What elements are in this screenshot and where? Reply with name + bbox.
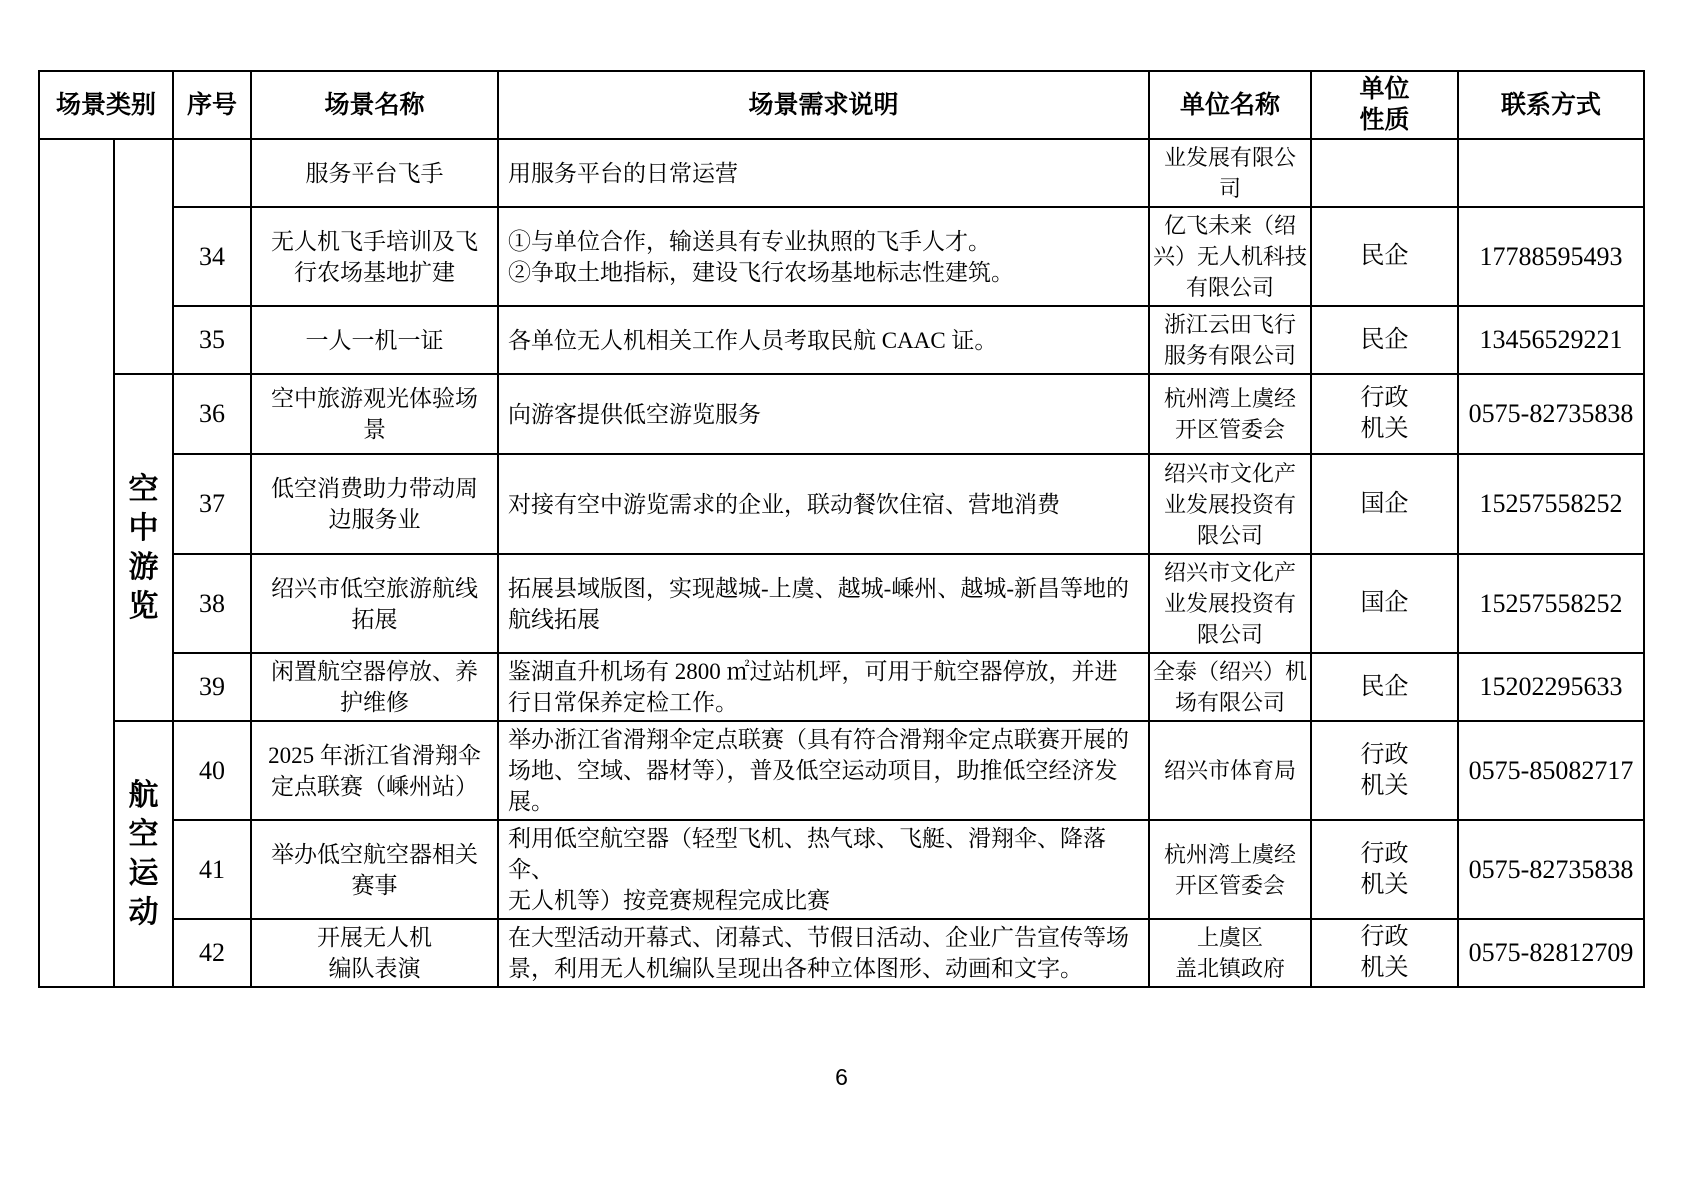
scene-name-cell: 服务平台飞手 [251,139,498,207]
unit-type-cell: 国企 [1311,454,1458,554]
serial-cell: 37 [173,454,251,554]
outer-category-cell [39,139,114,987]
description-cell: 鉴湖直升机场有 2800 ㎡过站机坪，可用于航空器停放，并进 行日常保养定检工作… [498,653,1149,721]
description-cell: 用服务平台的日常运营 [498,139,1149,207]
scene-name-cell: 低空消费助力带动周 边服务业 [251,454,498,554]
serial-cell: 34 [173,207,251,306]
header-unit-name: 单位名称 [1149,71,1311,139]
serial-cell: 35 [173,306,251,374]
serial-cell [173,139,251,207]
table-row: 空中游览 36 空中旅游观光体验场 景 向游客提供低空游览服务 杭州湾上虞经 开… [39,374,1644,454]
scene-name-cell: 无人机飞手培训及飞 行农场基地扩建 [251,207,498,306]
unit-type-cell: 民企 [1311,653,1458,721]
unit-name-cell: 浙江云田飞行 服务有限公司 [1149,306,1311,374]
serial-cell: 41 [173,820,251,919]
contact-cell: 0575-85082717 [1458,721,1644,820]
unit-type-cell: 行政 机关 [1311,820,1458,919]
contact-cell: 13456529221 [1458,306,1644,374]
unit-type-cell: 行政 机关 [1311,374,1458,454]
contact-cell: 0575-82812709 [1458,919,1644,987]
scenes-table: 场景类别 序号 场景名称 场景需求说明 单位名称 单位 性质 联系方式 服务平台… [38,70,1645,988]
table-row: 37 低空消费助力带动周 边服务业 对接有空中游览需求的企业，联动餐饮住宿、营地… [39,454,1644,554]
unit-name-cell: 绍兴市体育局 [1149,721,1311,820]
unit-type-cell: 民企 [1311,306,1458,374]
table-row: 41 举办低空航空器相关 赛事 利用低空航空器（轻型飞机、热气球、飞艇、滑翔伞、… [39,820,1644,919]
header-category: 场景类别 [39,71,173,139]
serial-cell: 39 [173,653,251,721]
contact-cell: 15202295633 [1458,653,1644,721]
unit-type-cell: 国企 [1311,554,1458,653]
unit-name-cell: 上虞区 盖北镇政府 [1149,919,1311,987]
serial-cell: 36 [173,374,251,454]
scene-name-cell: 闲置航空器停放、养 护维修 [251,653,498,721]
unit-type-cell: 行政 机关 [1311,721,1458,820]
contact-cell: 17788595493 [1458,207,1644,306]
table-row: 服务平台飞手 用服务平台的日常运营 业发展有限公 司 [39,139,1644,207]
contact-cell: 0575-82735838 [1458,820,1644,919]
description-cell: 拓展县域版图，实现越城-上虞、越城-嵊州、越城-新昌等地的 航线拓展 [498,554,1149,653]
category-cell [114,139,173,374]
contact-cell: 15257558252 [1458,454,1644,554]
category-cell: 空中游览 [114,374,173,721]
scene-name-cell: 空中旅游观光体验场 景 [251,374,498,454]
description-cell: 利用低空航空器（轻型飞机、热气球、飞艇、滑翔伞、降落伞、 无人机等）按竞赛规程完… [498,820,1149,919]
scene-name-cell: 2025 年浙江省滑翔伞 定点联赛（嵊州站） [251,721,498,820]
unit-name-cell: 绍兴市文化产 业发展投资有 限公司 [1149,554,1311,653]
header-contact: 联系方式 [1458,71,1644,139]
header-unit-type: 单位 性质 [1311,71,1458,139]
serial-cell: 38 [173,554,251,653]
unit-name-cell: 杭州湾上虞经 开区管委会 [1149,820,1311,919]
scene-name-cell: 举办低空航空器相关 赛事 [251,820,498,919]
serial-cell: 40 [173,721,251,820]
scene-name-cell: 开展无人机 编队表演 [251,919,498,987]
header-row: 场景类别 序号 场景名称 场景需求说明 单位名称 单位 性质 联系方式 [39,71,1644,139]
description-cell: 对接有空中游览需求的企业，联动餐饮住宿、营地消费 [498,454,1149,554]
table-row: 38 绍兴市低空旅游航线 拓展 拓展县域版图，实现越城-上虞、越城-嵊州、越城-… [39,554,1644,653]
scene-name-cell: 绍兴市低空旅游航线 拓展 [251,554,498,653]
table-row: 35 一人一机一证 各单位无人机相关工作人员考取民航 CAAC 证。 浙江云田飞… [39,306,1644,374]
document-page: 场景类别 序号 场景名称 场景需求说明 单位名称 单位 性质 联系方式 服务平台… [0,0,1683,1190]
category-label: 航空运动 [128,776,160,932]
contact-cell: 15257558252 [1458,554,1644,653]
page-number: 6 [0,1064,1683,1091]
category-cell: 航空运动 [114,721,173,987]
unit-type-cell: 行政 机关 [1311,919,1458,987]
unit-type-cell: 民企 [1311,207,1458,306]
scene-name-cell: 一人一机一证 [251,306,498,374]
header-description: 场景需求说明 [498,71,1149,139]
unit-name-cell: 杭州湾上虞经 开区管委会 [1149,374,1311,454]
contact-cell: 0575-82735838 [1458,374,1644,454]
header-scene-name: 场景名称 [251,71,498,139]
description-cell: 举办浙江省滑翔伞定点联赛（具有符合滑翔伞定点联赛开展的 场地、空域、器材等），普… [498,721,1149,820]
unit-name-cell: 业发展有限公 司 [1149,139,1311,207]
table-row: 34 无人机飞手培训及飞 行农场基地扩建 ①与单位合作，输送具有专业执照的飞手人… [39,207,1644,306]
table-row: 航空运动 40 2025 年浙江省滑翔伞 定点联赛（嵊州站） 举办浙江省滑翔伞定… [39,721,1644,820]
contact-cell [1458,139,1644,207]
description-cell: 在大型活动开幕式、闭幕式、节假日活动、企业广告宣传等场 景，利用无人机编队呈现出… [498,919,1149,987]
description-cell: 各单位无人机相关工作人员考取民航 CAAC 证。 [498,306,1149,374]
serial-cell: 42 [173,919,251,987]
table-row: 39 闲置航空器停放、养 护维修 鉴湖直升机场有 2800 ㎡过站机坪，可用于航… [39,653,1644,721]
category-label: 空中游览 [128,470,160,626]
unit-name-cell: 绍兴市文化产 业发展投资有 限公司 [1149,454,1311,554]
description-cell: ①与单位合作，输送具有专业执照的飞手人才。 ②争取土地指标，建设飞行农场基地标志… [498,207,1149,306]
description-cell: 向游客提供低空游览服务 [498,374,1149,454]
unit-name-cell: 亿飞未来（绍 兴）无人机科技 有限公司 [1149,207,1311,306]
table-row: 42 开展无人机 编队表演 在大型活动开幕式、闭幕式、节假日活动、企业广告宣传等… [39,919,1644,987]
header-index: 序号 [173,71,251,139]
unit-type-cell [1311,139,1458,207]
unit-name-cell: 全泰（绍兴）机 场有限公司 [1149,653,1311,721]
